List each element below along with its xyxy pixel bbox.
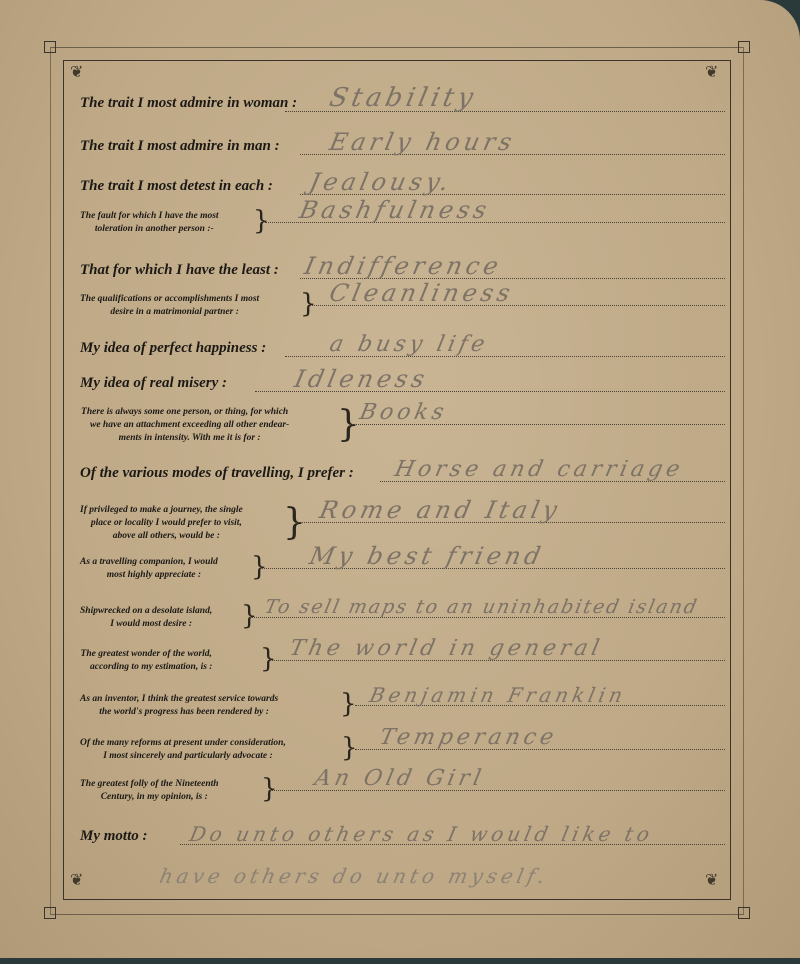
entry-prompt: My motto : xyxy=(80,828,148,845)
brace: } xyxy=(241,601,258,631)
handwritten-answer: My best friend xyxy=(307,542,547,570)
corner-ornament-top-right xyxy=(738,41,750,53)
entry-row: }The greatest folly of the NineteenthCen… xyxy=(80,778,725,818)
handwritten-answer: Horse and carriage xyxy=(392,457,686,482)
entry-row: }The qualifications or accomplishments I… xyxy=(80,293,725,333)
entry-prompt: The trait I most admire in woman : xyxy=(80,95,297,112)
corner-ornament-top-left xyxy=(44,41,56,53)
leaf-spray-icon: ❦ xyxy=(70,64,83,80)
brace: } xyxy=(340,689,357,719)
handwritten-answer: Indifference xyxy=(302,252,505,280)
entry-prompt: If privileged to make a journey, the sin… xyxy=(80,504,243,543)
brace: } xyxy=(300,289,317,319)
entry-prompt: As an inventor, I think the greatest ser… xyxy=(80,693,278,719)
brace: } xyxy=(341,733,358,763)
entry-row: }The fault for which I have the mosttole… xyxy=(80,210,725,250)
handwritten-answer: Temperance xyxy=(377,725,559,750)
handwritten-answer-continued: have others do unto myself. xyxy=(157,864,551,888)
entry-row: }As a travelling companion, I wouldmost … xyxy=(80,556,725,596)
handwritten-answer: Cleanliness xyxy=(327,279,517,307)
entry-prompt: The greatest wonder of the world,accordi… xyxy=(80,648,212,674)
handwritten-answer: Books xyxy=(357,400,450,425)
entry-prompt: There is always some one person, or thin… xyxy=(80,406,289,445)
handwritten-answer: Idleness xyxy=(292,365,431,393)
handwritten-answer: Jealousy. xyxy=(307,168,455,196)
brace: } xyxy=(261,774,278,804)
entry-prompt: Of the many reforms at present under con… xyxy=(80,737,286,763)
brace: } xyxy=(260,644,277,674)
handwritten-answer: Stability xyxy=(327,83,480,113)
entry-prompt: The fault for which I have the mosttoler… xyxy=(80,210,219,236)
entry-prompt: Of the various modes of travelling, I pr… xyxy=(80,465,354,482)
entry-prompt: Shipwrecked on a desolate island,I would… xyxy=(80,605,212,631)
handwritten-answer: a busy life xyxy=(327,332,491,357)
leaf-spray-icon: ❦ xyxy=(705,64,718,80)
entry-prompt: My idea of perfect happiness : xyxy=(80,340,266,357)
corner-ornament-bottom-left xyxy=(44,907,56,919)
entry-prompt: The trait I most detest in each : xyxy=(80,178,273,195)
corner-ornament-bottom-right xyxy=(738,907,750,919)
handwritten-answer: Do unto others as I would like to xyxy=(187,822,655,846)
handwritten-answer: Benjamin Franklin xyxy=(367,683,628,707)
brace: } xyxy=(253,206,270,236)
entry-prompt: That for which I have the least : xyxy=(80,262,279,279)
handwritten-answer: Rome and Italy xyxy=(317,496,563,524)
entry-prompt: My idea of real misery : xyxy=(80,375,227,392)
entry-prompt: The trait I most admire in man : xyxy=(80,138,280,155)
entry-row: }The greatest wonder of the world,accord… xyxy=(80,648,725,688)
entry-row: }There is always some one person, or thi… xyxy=(80,410,725,450)
entry-prompt: The qualifications or accomplishments I … xyxy=(80,293,259,319)
album-page: ❦ ❦ ❦ ❦ The trait I most admire in woman… xyxy=(0,0,800,958)
brace: } xyxy=(251,552,268,582)
entry-row: My motto :Do unto others as I would like… xyxy=(80,828,725,868)
leaf-spray-icon: ❦ xyxy=(70,872,83,888)
handwritten-answer: An Old Girl xyxy=(312,766,487,791)
entry-prompt: As a travelling companion, I wouldmost h… xyxy=(80,556,218,582)
leaf-spray-icon: ❦ xyxy=(705,872,718,888)
handwritten-answer: To sell maps to an uninhabited island xyxy=(263,596,701,618)
handwritten-answer: Bashfulness xyxy=(297,196,493,224)
entry-prompt: The greatest folly of the NineteenthCent… xyxy=(80,778,219,804)
handwritten-answer: The world in general xyxy=(287,636,605,661)
handwritten-answer: Early hours xyxy=(327,128,518,156)
